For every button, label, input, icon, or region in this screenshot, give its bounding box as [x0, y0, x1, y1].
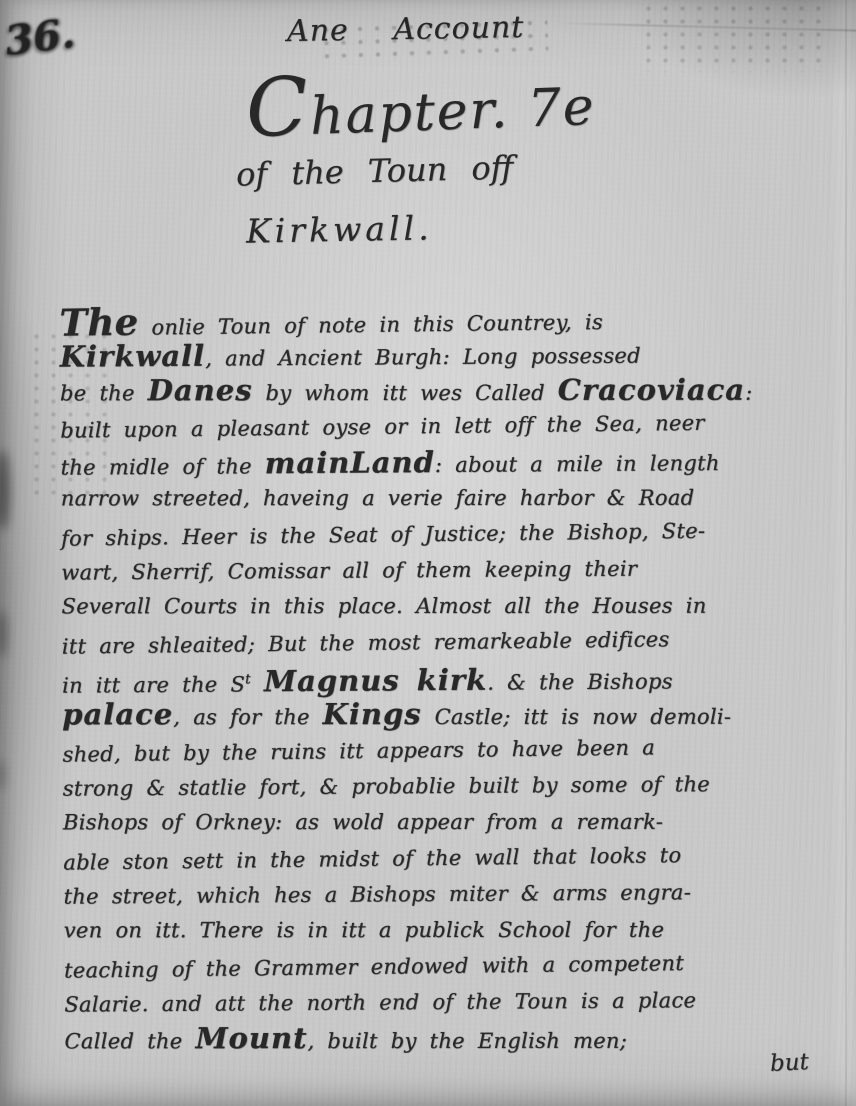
heading-kirkwall: Kirkwall. [246, 208, 433, 250]
text-segment: built upon a pleasant oyse or in lett of… [60, 411, 705, 443]
folio-number: 36. [2, 10, 77, 65]
emphasized-word: Kings [323, 697, 422, 731]
manuscript-line: wart, Sherrif, Comissar all of them keep… [61, 549, 821, 590]
paper-crease [556, 22, 856, 32]
text-segment: Salarie. and att the north end of the To… [64, 988, 696, 1016]
emphasized-word: Mount [195, 1021, 307, 1055]
text-segment: , and Ancient Burgh: Long possessed [205, 344, 641, 371]
text-segment: Castle; itt is now demoli- [422, 705, 732, 729]
text-segment: . & the Bishops [487, 669, 673, 694]
text-segment [251, 672, 264, 696]
manuscript-line: Severall Courts in this place. Almost al… [61, 588, 821, 625]
manuscript-line: be the Danes by whom itt wes Called Crac… [60, 372, 820, 409]
manuscript-line: the street, which hes a Bishops miter & … [63, 873, 823, 914]
text-segment: the midle of the [60, 454, 264, 479]
text-segment: itt are shleaited; But the most remarkea… [62, 627, 670, 658]
emphasized-word: palace [62, 697, 173, 731]
ink-smudge [0, 760, 5, 790]
text-segment: Severall Courts in this place. Almost al… [61, 594, 706, 619]
text-segment: by whom itt wes Called [253, 381, 558, 405]
text-segment: teaching of the Grammer endowed with a c… [64, 951, 684, 983]
paper-speckles [640, 2, 830, 72]
ink-smudge [0, 450, 10, 530]
text-segment: : [745, 381, 752, 405]
emphasized-word: Magnus kirk [264, 663, 487, 699]
body-lines: The onlie Toun of note in this Countrey,… [59, 297, 824, 1058]
manuscript-line: Salarie. and att the north end of the To… [64, 981, 824, 1022]
manuscript-line: Called the Mount, built by the English m… [64, 1020, 824, 1057]
manuscript-page: 36. Ane Account Chapter. 7e of the Toun … [0, 0, 856, 1106]
text-segment: , built by the English men; [307, 1029, 627, 1053]
text-segment: in itt are the S [62, 672, 245, 697]
emphasized-word: Danes [148, 373, 253, 407]
text-segment: be the [60, 381, 148, 405]
text-segment: Called the [65, 1029, 196, 1053]
manuscript-line: Kirkwall, and Ancient Burgh: Long posses… [60, 333, 820, 374]
heading-chapter: Chapter. 7e [244, 50, 596, 156]
text-segment: strong & statlie fort, & probablie built… [63, 772, 710, 801]
manuscript-line: palace, as for the Kings Castle; itt is … [62, 696, 822, 733]
text-segment: for ships. Heer is the Seat of Justice; … [61, 519, 706, 551]
heading-account: Ane Account [287, 10, 525, 49]
text-segment: shed, but by the ruins itt appears to ha… [62, 735, 655, 766]
text-segment: Bishops of Orkney: as wold appear from a… [63, 810, 663, 835]
ink-smudge [0, 610, 7, 658]
text-segment: The [59, 300, 138, 345]
text-segment: ven on itt. There is in itt a publick Sc… [64, 918, 664, 943]
emphasized-word: Cracoviaca [558, 373, 745, 407]
paper-edge-line [845, 0, 847, 1106]
heading-of-toun: of the Toun off [236, 148, 514, 193]
text-segment: the street, which hes a Bishops miter & … [63, 880, 691, 908]
manuscript-line: in itt are the St Magnus kirk. & the Bis… [62, 657, 822, 698]
text-segment: wart, Sherrif, Comissar all of them keep… [61, 557, 637, 585]
emphasized-word: mainLand [265, 445, 435, 480]
text-segment: able ston sett in the midst of the wall … [63, 843, 681, 875]
text-segment: narrow streeted, haveing a verie faire h… [61, 486, 695, 511]
manuscript-line: the midle of the mainLand: about a mile … [60, 441, 820, 482]
manuscript-line: Bishops of Orkney: as wold appear from a… [63, 804, 823, 841]
manuscript-line: ven on itt. There is in itt a publick Sc… [64, 912, 824, 949]
manuscript-line: strong & statlie fort, & probablie built… [63, 765, 823, 806]
manuscript-line: narrow streeted, haveing a verie faire h… [61, 480, 821, 517]
text-segment: , as for the [173, 705, 322, 729]
catchword: but [769, 1049, 809, 1077]
text-segment: : about a mile in length [435, 451, 720, 477]
